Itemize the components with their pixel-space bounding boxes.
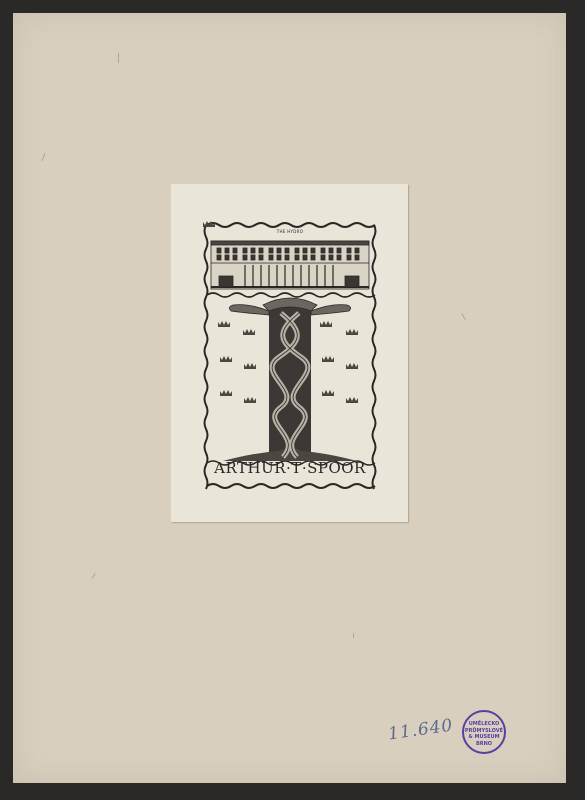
stamp-line: UMĚLECKO [464,721,504,728]
paper-fiber [461,313,465,320]
paper-fiber [42,153,46,161]
museum-stamp: UMĚLECKO PRŮMYSLOVÉ & MUSEUM BRNO [462,710,506,754]
paper-fiber [353,633,354,638]
paper-fiber [118,53,119,63]
bookplate-engraving [203,221,377,490]
stamp-line: BRNO [464,741,504,748]
paper-fiber [91,573,96,578]
building-label: THE HYDRO [270,229,310,234]
stamp-line: & MUSEUM [464,734,504,741]
owner-name: ARTHUR·T·SPOOR [203,459,377,477]
